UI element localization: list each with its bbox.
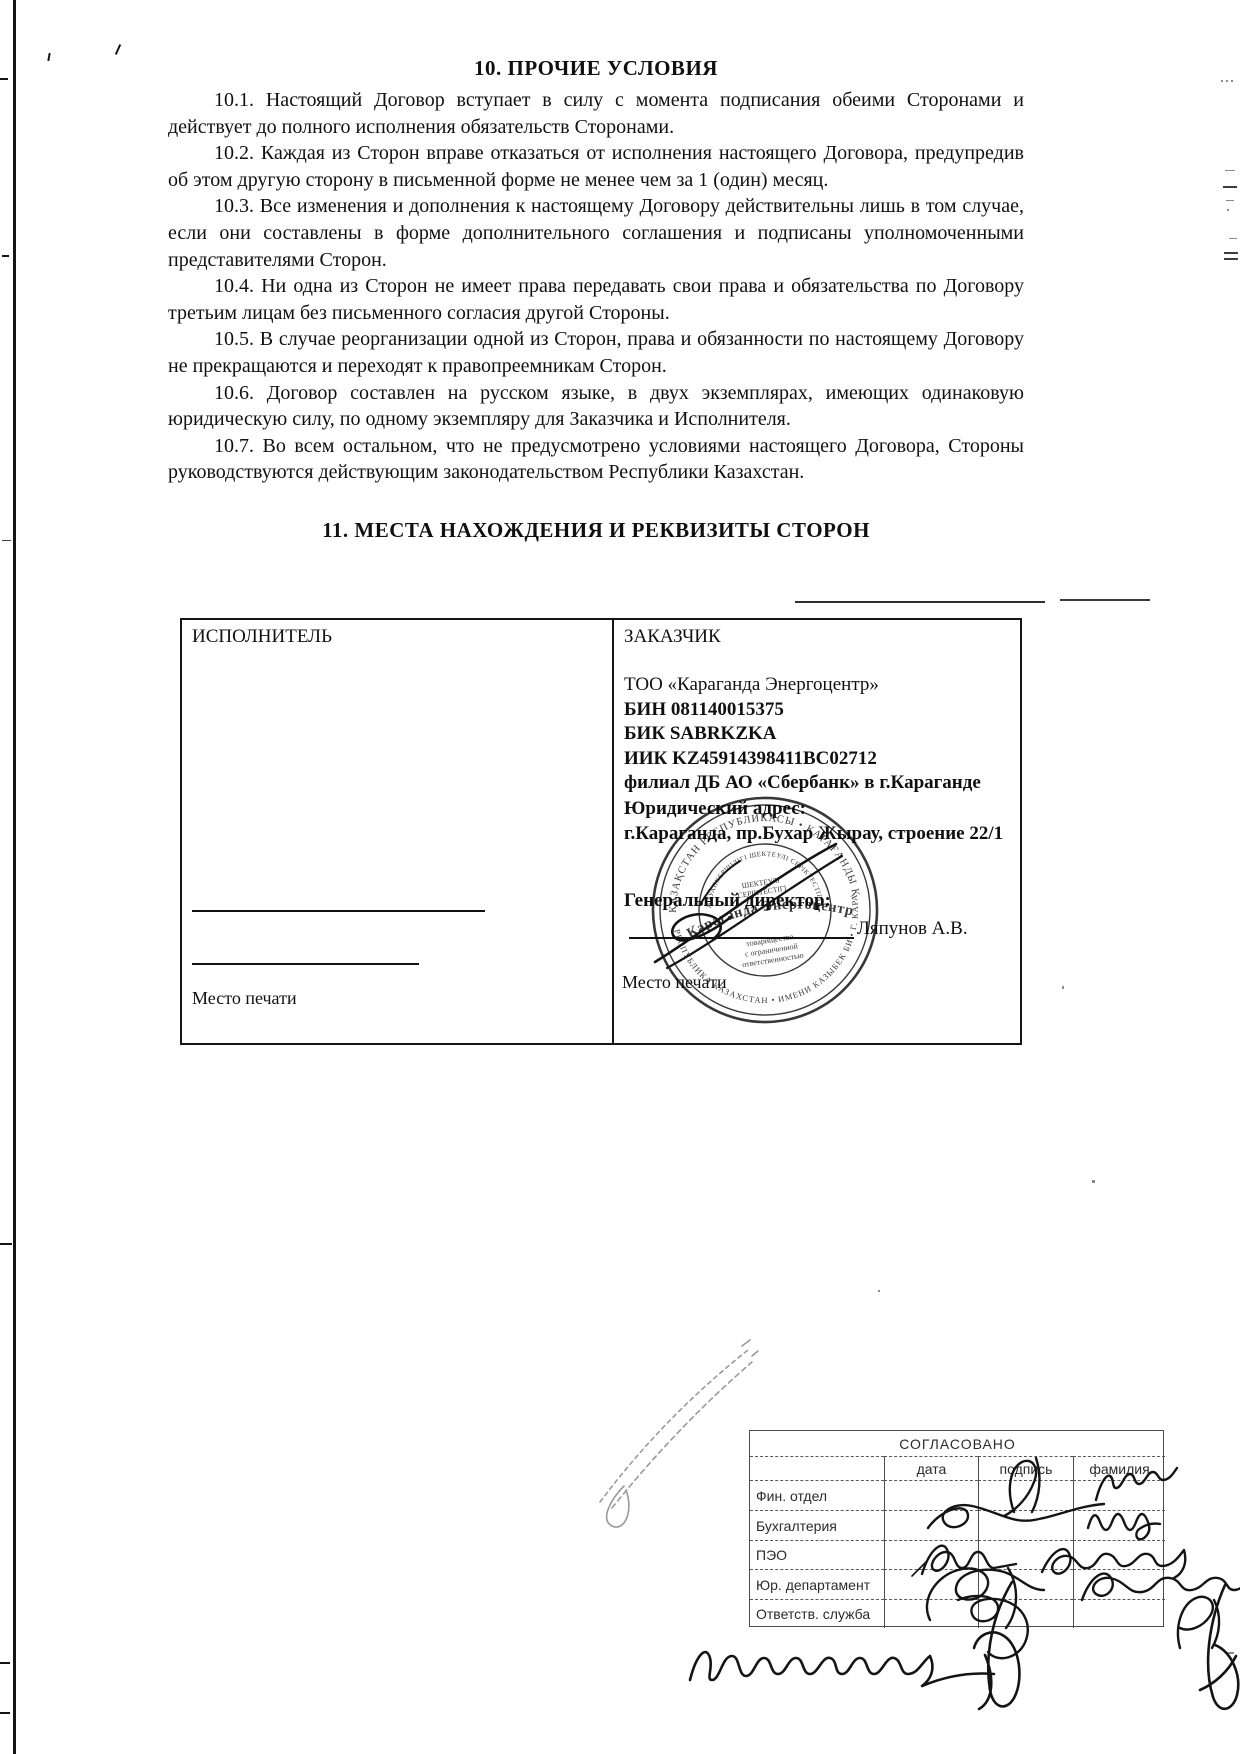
customer-header: ЗАКАЗЧИК (624, 626, 721, 648)
clause-10-5: 10.5. В случае реорганизации одной из Ст… (168, 326, 1024, 379)
company-round-stamp: ҚАЗАҚСТАН РЕСПУБЛИКАСЫ • ҚАРАҒАНДЫ ҚАЛАС… (631, 776, 899, 1044)
scan-dash (1224, 252, 1238, 254)
scan-tick (0, 1712, 10, 1714)
scan-dot (1227, 209, 1229, 211)
scan-dot (1092, 1180, 1095, 1183)
scan-tick (2, 540, 11, 541)
scan-dash (1225, 170, 1235, 171)
scan-tick (0, 78, 8, 80)
scan-line-fragment (1060, 599, 1150, 601)
scan-tick (2, 255, 9, 257)
approval-date-cell (884, 1599, 978, 1628)
scanned-contract-page: 10. ПРОЧИЕ УСЛОВИЯ 10.1. Настоящий Догов… (0, 0, 1240, 1754)
customer-iik: ИИК KZ45914398411BC02712 (624, 748, 877, 770)
clause-10-6: 10.6. Договор составлен на русском языке… (168, 380, 1024, 433)
approval-title: СОГЛАСОВАНО (750, 1431, 1165, 1456)
clause-10-7: 10.7. Во всем остальном, что не предусмо… (168, 433, 1024, 486)
approval-date-cell (884, 1540, 978, 1569)
scan-dash (1225, 1652, 1234, 1654)
scan-dots (1231, 80, 1233, 82)
section-11-title: 11. МЕСТА НАХОЖДЕНИЯ И РЕКВИЗИТЫ СТОРОН (168, 518, 1024, 543)
approval-name-cell (1073, 1480, 1165, 1510)
scan-dash (1229, 238, 1237, 239)
contract-body: 10. ПРОЧИЕ УСЛОВИЯ 10.1. Настоящий Догов… (168, 56, 1024, 543)
customer-bik: БИК SABRKZKA (624, 723, 777, 745)
approval-name-cell (1073, 1510, 1165, 1540)
requisites-table: ИСПОЛНИТЕЛЬ Место печати ЗАКАЗЧИК ТОО «К… (180, 618, 1022, 1045)
approval-sign-cell (978, 1480, 1073, 1510)
scan-speck-slash (115, 44, 121, 55)
clause-10-2: 10.2. Каждая из Сторон вправе отказаться… (168, 140, 1024, 193)
scan-dash (1224, 258, 1238, 260)
pencil-scribble (600, 1340, 758, 1527)
scan-dot (878, 1290, 880, 1292)
section-10-title: 10. ПРОЧИЕ УСЛОВИЯ (168, 56, 1024, 81)
scan-tick (0, 1662, 10, 1664)
customer-bin: БИН 081140015375 (624, 699, 784, 721)
executor-cell: ИСПОЛНИТЕЛЬ Место печати (182, 620, 614, 1043)
scan-dash (1226, 200, 1234, 201)
scan-tick (0, 1243, 12, 1245)
approval-name-cell (1073, 1599, 1165, 1628)
approval-sign-cell (978, 1510, 1073, 1540)
approval-row-label: Фин. отдел (750, 1480, 884, 1510)
approval-corner-cell (750, 1456, 884, 1480)
scan-edge-line (13, 0, 16, 1754)
scan-dot (1062, 986, 1064, 989)
customer-company: ТОО «Караганда Энергоцентр» (624, 674, 879, 696)
executor-header: ИСПОЛНИТЕЛЬ (192, 626, 332, 648)
approval-col-name: фамилия (1073, 1456, 1165, 1480)
approval-date-cell (884, 1510, 978, 1540)
approval-name-cell (1073, 1569, 1165, 1599)
clause-10-4: 10.4. Ни одна из Сторон не имеет права п… (168, 273, 1024, 326)
scan-dots (1221, 80, 1223, 82)
clause-10-1: 10.1. Настоящий Договор вступает в силу … (168, 87, 1024, 140)
approval-table: СОГЛАСОВАНО дата подпись фамилия Фин. от… (749, 1430, 1164, 1627)
approval-row-label: Юр. департамент (750, 1569, 884, 1599)
executor-signature-line (192, 910, 485, 912)
approval-row-label: ПЭО (750, 1540, 884, 1569)
clause-10-3: 10.3. Все изменения и дополнения к насто… (168, 193, 1024, 273)
approval-sign-cell (978, 1569, 1073, 1599)
approval-row-label: Ответств. служба (750, 1599, 884, 1628)
approval-sign-cell (978, 1540, 1073, 1569)
approval-date-cell (884, 1480, 978, 1510)
executor-signature-line-2 (192, 963, 419, 965)
approval-name-cell (1073, 1540, 1165, 1569)
approval-sign-cell (978, 1599, 1073, 1628)
scan-line-fragment (795, 601, 1045, 603)
approval-col-date: дата (884, 1456, 978, 1480)
approval-row-label: Бухгалтерия (750, 1510, 884, 1540)
scan-dash (1223, 186, 1237, 188)
scan-dots (1226, 80, 1228, 82)
scan-speck-apostrophe (47, 53, 50, 61)
approval-col-sign: подпись (978, 1456, 1073, 1480)
executor-seal-note: Место печати (192, 988, 297, 1009)
approval-date-cell (884, 1569, 978, 1599)
